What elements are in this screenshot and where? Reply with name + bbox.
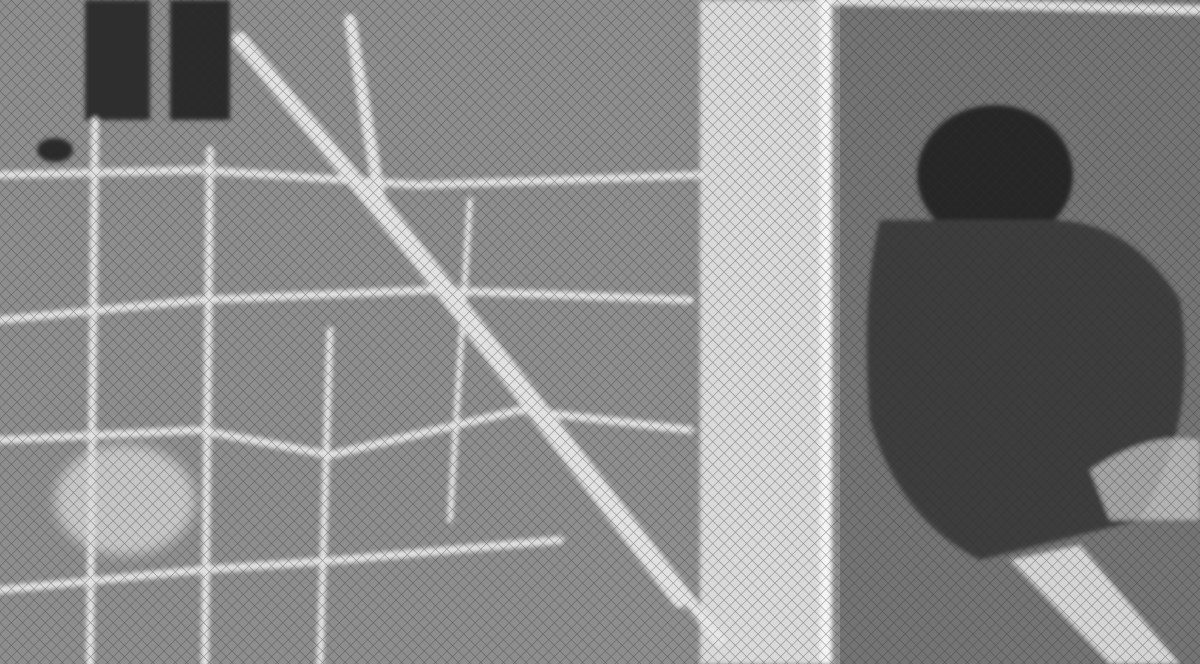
- photograph: [0, 0, 1200, 664]
- net-mesh-texture: [0, 0, 1200, 664]
- photo-scene: [0, 0, 1200, 664]
